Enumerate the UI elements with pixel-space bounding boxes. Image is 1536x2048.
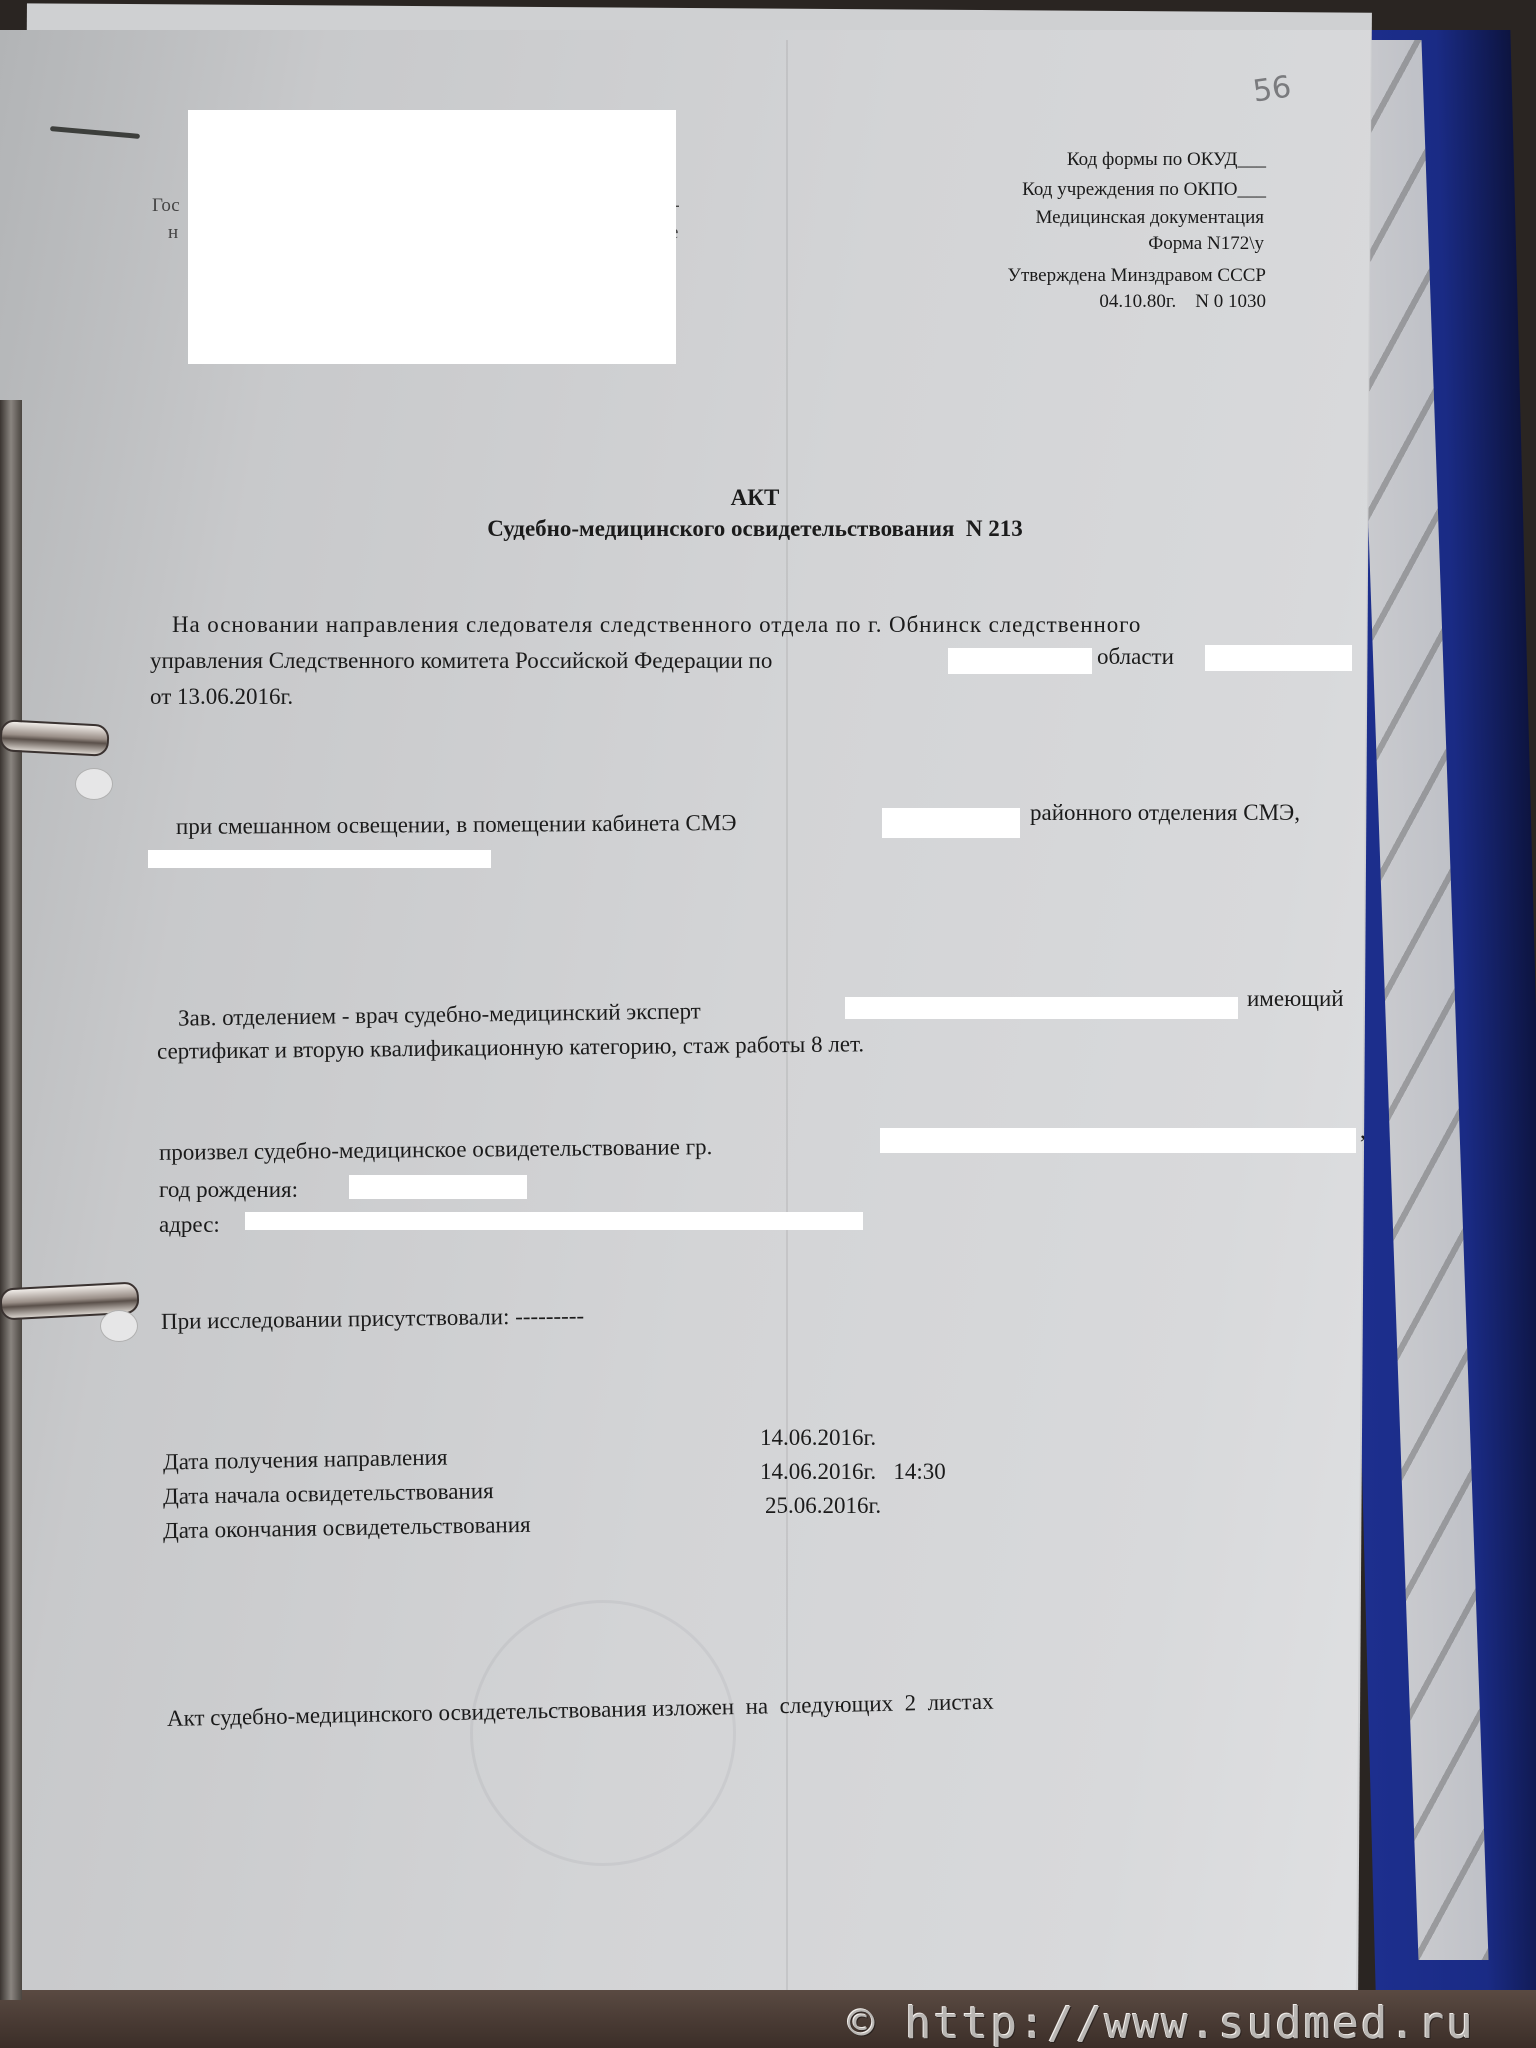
basis-date: от 13.06.2016г. [150,684,293,710]
conditions-line-end: районного отделения СМЭ, [1030,800,1300,826]
address-label: адрес: [159,1212,220,1238]
document-subtitle: Судебно-медицинского освидетельствования… [0,516,1510,542]
redaction-region [948,648,1092,674]
redaction-expert-name [845,997,1238,1019]
binder-spine [0,400,22,2000]
site-watermark: © http://www.sudmed.ru [848,1998,1475,2048]
birth-year-label: год рождения: [159,1177,298,1203]
date-received-value: 14.06.2016г. [760,1425,876,1451]
conditions-line: при смешанном освещении, в помещении каб… [176,810,737,840]
redaction-investigator [1205,645,1352,671]
redaction-subject-name [880,1128,1356,1153]
expert-line-1-end: имеющий [1247,986,1344,1012]
redaction-address [245,1212,863,1230]
redaction-office [882,808,1020,838]
redaction-office-address [148,850,491,868]
medical-documentation-label: Медицинская документация [1035,206,1264,230]
header-left-fragment: н [168,222,178,244]
basis-line-2-region: области [1097,644,1174,670]
form-number: Форма N172\у [1148,232,1264,256]
basis-line-2: управления Следственного комитета Россий… [150,648,772,674]
faded-stamp [470,1600,736,1866]
handwritten-page-number: 56 [1251,70,1294,110]
header-left-fragment: Гос [152,195,180,217]
redaction-birth-year [349,1175,527,1199]
approval-date-number: 04.10.80г. N 0 1030 [1099,290,1266,314]
subject-line-comma: , [1360,1118,1366,1144]
basis-line-1: На основании направления следователя сле… [172,612,1141,638]
date-received-label: Дата получения направления [163,1445,448,1476]
punch-hole-icon [75,768,113,800]
institution-code-okpo: Код учреждения по ОКПО___ [1022,178,1266,202]
date-end-value: 25.06.2016г. [765,1493,881,1519]
document-title: АКТ [0,485,1510,511]
form-code-okud: Код формы по ОКУД___ [1067,148,1266,172]
binder-ring-icon [0,719,110,757]
approval-line: Утверждена Минздравом СССР [1008,264,1266,288]
date-start-value: 14.06.2016г. 14:30 [760,1459,946,1485]
redaction-box-institution [188,110,676,364]
punch-hole-icon [100,1310,138,1342]
